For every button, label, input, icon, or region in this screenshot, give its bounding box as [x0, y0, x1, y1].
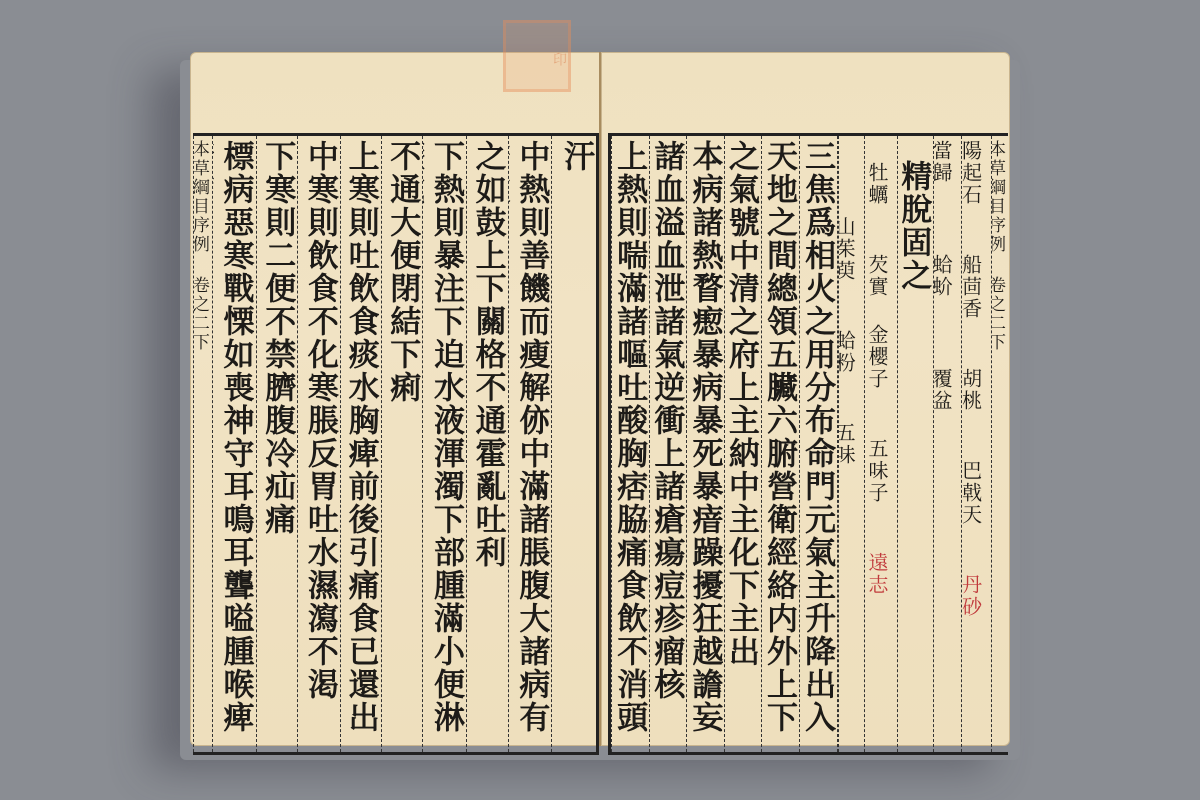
herb-list-column: 牡蠣 芡實 金櫻子 五味子 遠志 — [864, 136, 897, 752]
text-column: 上熱則喘滿諸嘔吐酸胸痞脇痛食飲不消頭上出 — [611, 136, 649, 752]
text-column: 之如鼓上下關格不通霍亂吐利 — [466, 136, 508, 752]
library-stamp: 印 — [503, 20, 571, 92]
text-column: 不通大便閉結下痢 — [381, 136, 423, 752]
herb: 蛤粉 — [838, 330, 856, 374]
herb: 山茱萸 — [838, 216, 856, 282]
herb: 五味子 — [865, 438, 889, 504]
text-column: 天地之間總領五臟六腑營衛經絡内外上下左右 — [761, 136, 799, 752]
herb: 當歸 — [933, 140, 953, 184]
herb: 芡實 — [865, 254, 889, 298]
herb-list-column: 陽起石 船茴香 胡桃 巴戟天 丹砂 — [961, 136, 990, 752]
heading-column: 精脫固之 — [897, 136, 933, 752]
text-column: 下寒則二便不禁臍腹冷疝痛 — [256, 136, 298, 752]
herb: 五味 — [838, 422, 856, 466]
red-annotation: 遠志 — [865, 552, 889, 596]
text-column: 汗 — [551, 136, 596, 752]
text-column: 本病諸熱瞀瘛暴病暴死暴瘖躁擾狂越譫妄驚駭 — [686, 136, 724, 752]
herb: 蛤蚧 — [933, 254, 953, 298]
text-column: 下熱則暴注下迫水液渾濁下部腫滿小便淋瀝或 — [422, 136, 466, 752]
text-column: 三焦爲相火之用分布命門元氣主升降出入遊行 — [799, 136, 837, 752]
text-column: 標病惡寒戰慄如喪神守耳鳴耳聾嗌腫喉痺諸病 — [212, 136, 256, 752]
text-column: 上寒則吐飲食痰水胸痺前後引痛食已還出 — [340, 136, 381, 752]
herb-list-column: 當歸 蛤蚧 覆盆 — [933, 136, 961, 752]
herb: 胡桃 — [961, 368, 982, 412]
left-page: 汗 中熱則善饑而瘦解㑊中滿諸脹腹大諸病有聲鼓 之如鼓上下關格不通霍亂吐利 下熱則… — [190, 52, 600, 746]
margin-title: 本草綱目序例 卷之二下 — [991, 136, 1008, 752]
herb: 金櫻子 — [865, 324, 889, 390]
herb: 牡蠣 — [865, 162, 889, 206]
left-page-frame: 汗 中熱則善饑而瘦解㑊中滿諸脹腹大諸病有聲鼓 之如鼓上下關格不通霍亂吐利 下熱則… — [193, 133, 599, 755]
text-column: 中寒則飲食不化寒脹反胃吐水濕瀉不渇 — [297, 136, 340, 752]
herb: 巴戟天 — [961, 460, 982, 526]
herb: 陽起石 — [961, 140, 982, 206]
red-annotation: 丹砂 — [961, 574, 982, 618]
right-page: 本草綱目序例 卷之二下 陽起石 船茴香 胡桃 巴戟天 丹砂 當歸 蛤蚧 覆盆 精… — [601, 52, 1010, 746]
text-column: 之氣號中清之府上主納中主化下主出 — [724, 136, 760, 752]
spacer — [837, 136, 838, 752]
margin-title: 本草綱目序例 卷之二下 — [193, 136, 212, 752]
text-column: 諸血溢血泄諸氣逆衝上諸瘡瘍痘疹瘤核 — [649, 136, 686, 752]
herb: 覆盆 — [933, 368, 953, 412]
herb-list-column: 山茱萸 蛤粉 五味 — [838, 136, 864, 752]
right-page-frame: 本草綱目序例 卷之二下 陽起石 船茴香 胡桃 巴戟天 丹砂 當歸 蛤蚧 覆盆 精… — [608, 133, 1008, 755]
herb: 船茴香 — [961, 254, 982, 320]
text-column: 中熱則善饑而瘦解㑊中滿諸脹腹大諸病有聲鼓 — [508, 136, 552, 752]
